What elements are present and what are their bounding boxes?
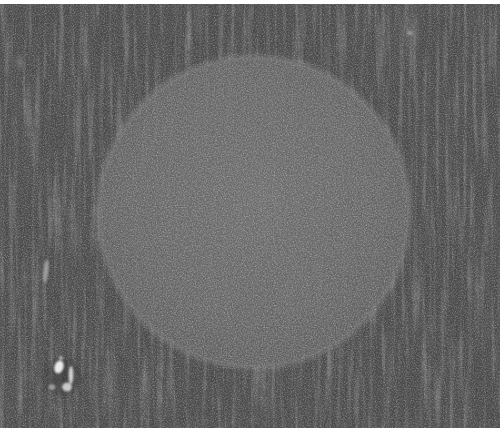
speck-upper-right (407, 31, 413, 35)
blemish-spot-lower (62, 383, 72, 392)
blemish-spot-left (49, 384, 56, 390)
blemish-spot-streak (69, 366, 73, 384)
screenshot-root (0, 0, 500, 432)
faint-smudge-upper-left (17, 55, 23, 69)
blemish-spot-top (59, 356, 63, 360)
metal-surface-photo (0, 0, 500, 432)
micrograph-figure (0, 0, 500, 432)
photo-area (0, 4, 500, 428)
